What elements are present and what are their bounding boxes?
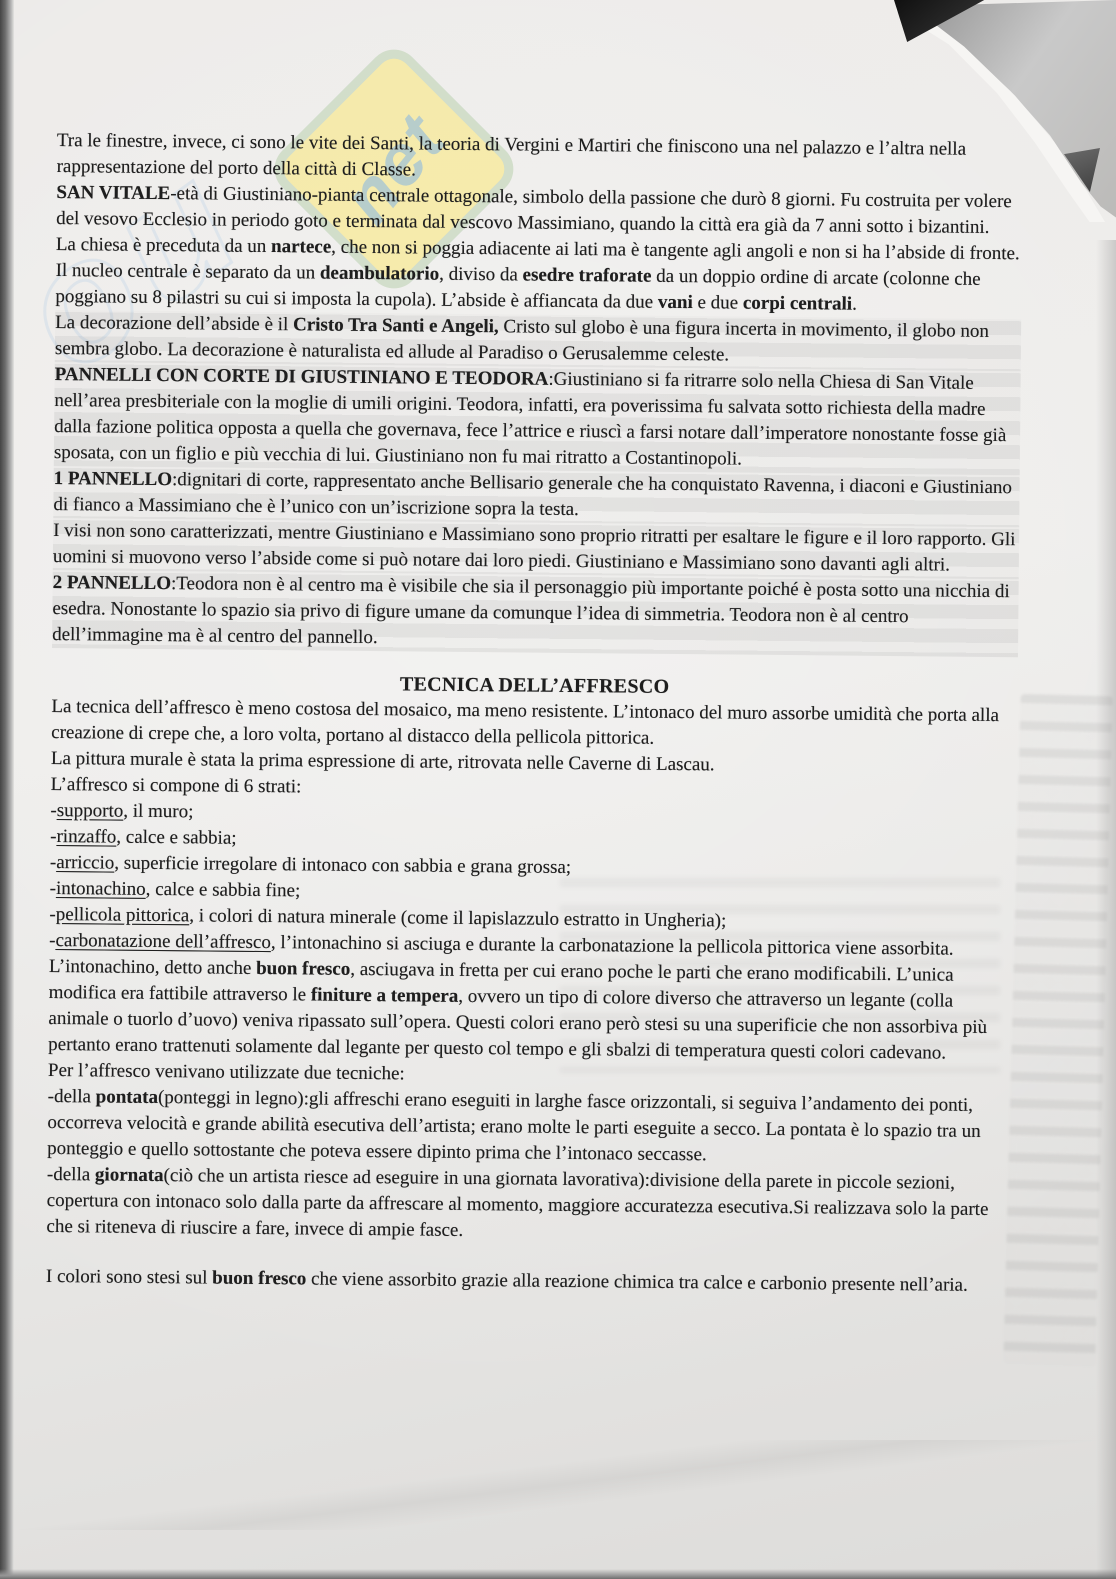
text-segment: TECNICA DELL’AFFRESCO: [400, 673, 670, 698]
paragraph: -della giornata(ciò che un artista riesc…: [46, 1162, 1013, 1249]
text-segment: , superficie irregolare di intonaco con …: [114, 853, 571, 878]
text-segment: La pittura murale è stata la prima espre…: [51, 748, 715, 775]
text-segment: I visi non sono caratterizzati, mentre G…: [53, 520, 1016, 576]
text-segment: (ciò che un artista riesce ad eseguire i…: [46, 1165, 988, 1241]
text-segment: :Teodora non è al centro ma è visibile c…: [52, 573, 1010, 648]
text-segment: 1 PANNELLO: [54, 468, 173, 490]
paragraph: La tecnica dell’affresco è meno costosa …: [51, 694, 1017, 755]
text-segment: La decorazione dell’abside è il: [55, 312, 293, 335]
text-segment: , l’intonachino si asciuga e durante la …: [271, 932, 954, 960]
text-segment: -della: [47, 1164, 95, 1185]
text-segment: Per l’affresco venivano utilizzate due t…: [48, 1060, 405, 1084]
paragraph: SAN VITALE-età di Giustiniano-pianta cen…: [56, 180, 1022, 241]
text-segment: -della: [48, 1086, 96, 1107]
paragraph: La decorazione dell’abside è il Cristo T…: [55, 310, 1021, 371]
text-segment: SAN VITALE: [56, 182, 170, 204]
text-segment: Cristo Tra Santi e Angeli,: [293, 314, 499, 337]
text-segment: buon fresco: [212, 1268, 306, 1290]
text-segment: vani: [658, 292, 693, 313]
text-segment: , il muro;: [123, 801, 193, 823]
scanned-page: ou net Tra le finestre, invece, ci sono …: [0, 0, 1116, 1579]
text-segment: esedre traforate: [522, 264, 651, 286]
text-segment: corpi centrali: [743, 293, 852, 315]
text-segment: Tra le finestre, invece, ci sono le vite…: [57, 130, 967, 180]
text-segment: pontata: [96, 1086, 158, 1108]
text-segment: L’affresco si compone di 6 strati:: [51, 774, 302, 797]
text-segment: L’intonachino, detto anche: [49, 956, 256, 979]
text-segment: pellicola pittorica: [56, 904, 190, 926]
text-segment: -età di Giustiniano-pianta centrale otta…: [56, 183, 1012, 238]
text-segment: I colori sono stesi sul: [46, 1266, 212, 1289]
scan-edge-left: [0, 0, 14, 1579]
text-segment: La tecnica dell’affresco è meno costosa …: [51, 696, 999, 749]
text-segment: buon fresco: [256, 958, 350, 980]
text-segment: La chiesa è preceduta da un: [56, 234, 271, 257]
text-segment: , calce e sabbia;: [116, 827, 236, 849]
paragraph: 2 PANNELLO:Teodora non è al centro ma è …: [52, 570, 1019, 657]
text-segment: arriccio: [56, 852, 114, 874]
text-segment: , calce e sabbia fine;: [146, 879, 301, 901]
text-segment: 2 PANNELLO: [53, 572, 172, 594]
paragraph: -della pontata(ponteggi in legno):gli af…: [47, 1084, 1014, 1171]
text-segment: .: [852, 294, 857, 315]
scan-edge-right: [1096, 240, 1116, 1579]
paper-crease: [0, 1440, 1116, 1530]
text-segment: , i colori di natura minerale (come il l…: [189, 905, 726, 931]
text-segment: finiture a tempera: [311, 984, 459, 1006]
paragraph: L’intonachino, detto anche buon fresco, …: [48, 954, 1015, 1067]
text-segment: deambulatorio: [320, 263, 439, 285]
text-segment: :dignitari di corte, rappresentato anche…: [53, 469, 1012, 520]
text-segment: rinzaffo: [56, 826, 116, 848]
text-segment: carbonatazione dell’affresco: [55, 930, 271, 953]
text-segment: (ponteggi in legno):gli affreschi erano …: [47, 1087, 981, 1165]
document-body: Tra le finestre, invece, ci sono le vite…: [46, 128, 1023, 1299]
text-segment: , diviso da: [439, 264, 523, 286]
scan-edge-bottom: [0, 1569, 1116, 1579]
paragraph: I visi non sono caratterizzati, mentre G…: [53, 518, 1019, 579]
paragraph: Tra le finestre, invece, ci sono le vite…: [57, 128, 1023, 189]
text-segment: intonachino: [56, 878, 146, 900]
text-segment: PANNELLI CON CORTE DI GIUSTINIANO E TEOD…: [55, 364, 549, 390]
text-segment: giornata: [95, 1164, 164, 1186]
text-segment: nartece: [271, 236, 331, 258]
paragraph: 1 PANNELLO:dignitari di corte, rappresen…: [53, 466, 1019, 527]
text-segment: che viene assorbito grazie alla reazione…: [306, 1268, 968, 1295]
paragraph: La chiesa è preceduta da un nartece, che…: [55, 232, 1022, 319]
text-segment: supporto: [57, 800, 124, 822]
text-segment: e due: [693, 292, 743, 313]
paragraph: PANNELLI CON CORTE DI GIUSTINIANO E TEOD…: [54, 362, 1021, 475]
